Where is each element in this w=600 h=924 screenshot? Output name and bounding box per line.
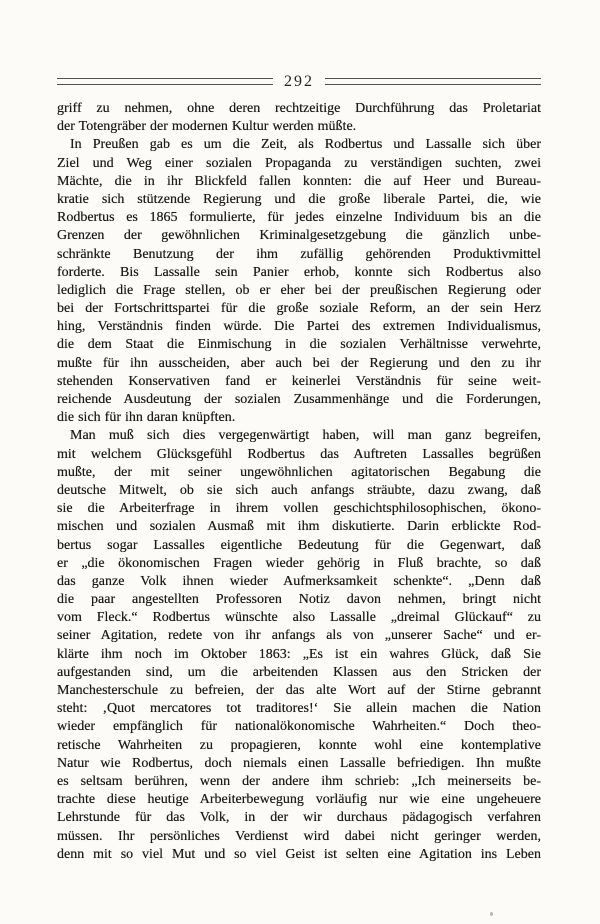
text-line: stehenden Konservativen fand er keinerle… xyxy=(57,373,541,391)
text-line: forderte. Bis Lassalle sein Panier erhob… xyxy=(57,264,541,282)
text-line: Lehrstunde für das Volk, in der wir durc… xyxy=(57,809,541,827)
text-line: Grenzen der gewöhnlichen Kriminalgesetzg… xyxy=(57,227,541,245)
text-line: aufgestanden sind, um die arbeitenden Kl… xyxy=(57,664,541,682)
text-line: griff zu nehmen, ohne deren rechtzeitige… xyxy=(57,100,541,118)
text-line: die paar angestellten Professoren Notiz … xyxy=(57,591,541,609)
text-line: schränkte Benutzung der ihm zufällig geh… xyxy=(57,246,541,264)
header-rule-left xyxy=(57,78,273,85)
text-line: denn mit so viel Mut und so viel Geist i… xyxy=(57,846,541,864)
text-line: mit welchem Glücksgefühl Rodbertus das A… xyxy=(57,446,541,464)
text-line: die dem Staat die Einmischung in die soz… xyxy=(57,336,541,354)
text-line: sie die Arbeiterfrage in ihrem vollen ge… xyxy=(57,500,541,518)
text-line: kratie sich stützende Regierung und die … xyxy=(57,191,541,209)
text-line: Ziel und Weg einer sozialen Propaganda z… xyxy=(57,155,541,173)
text-line: seiner Agitation, redete von ihr anfangs… xyxy=(57,627,541,645)
text-line: klärte ihm noch im Oktober 1863: „Es ist… xyxy=(57,646,541,664)
text-line: Natur wie Rodbertus, doch niemals einen … xyxy=(57,755,541,773)
text-line: es seltsam berühren, wenn der andere ihm… xyxy=(57,773,541,791)
text-line: In Preußen gab es um die Zeit, als Rodbe… xyxy=(57,136,541,154)
scan-speck xyxy=(490,912,493,916)
header-rule-right xyxy=(325,78,541,85)
text-line: trachte diese heutige Arbeiterbewegung v… xyxy=(57,791,541,809)
text-line: steht: ‚Quot mercatores tot traditores!‘… xyxy=(57,700,541,718)
text-line: mußte für ihn ausscheiden, aber auch bei… xyxy=(57,355,541,373)
text-line: retische Wahrheiten zu propagieren, konn… xyxy=(57,737,541,755)
text-line: mußte, der mit seiner ungewöhnlichen agi… xyxy=(57,464,541,482)
page-header: 292 xyxy=(57,70,541,92)
text-line: vom Fleck.“ Rodbertus wünschte also Lass… xyxy=(57,609,541,627)
text-line: reichende Ausdeutung der sozialen Zusamm… xyxy=(57,391,541,409)
text-line: der Totengräber der modernen Kultur werd… xyxy=(57,118,541,136)
text-line: das ganze Volk ihnen wieder Aufmerksamke… xyxy=(57,573,541,591)
text-line: Mächte, die in ihr Blickfeld fallen konn… xyxy=(57,173,541,191)
page-number: 292 xyxy=(273,72,325,92)
text-line: mischen und sozialen Ausmaß mit ihm disk… xyxy=(57,518,541,536)
text-line: er „die ökonomischen Fragen wieder gehör… xyxy=(57,555,541,573)
book-page: 292 griff zu nehmen, ohne deren rechtzei… xyxy=(0,0,600,924)
text-line: Man muß sich dies vergegenwärtigt haben,… xyxy=(57,427,541,445)
text-block: griff zu nehmen, ohne deren rechtzeitige… xyxy=(57,100,541,864)
text-line: bertus sogar Lassalles eigentliche Bedeu… xyxy=(57,537,541,555)
text-line: lediglich die Frage stellen, ob er eher … xyxy=(57,282,541,300)
text-line: Manchesterschule zu befreien, der das al… xyxy=(57,682,541,700)
text-line: müssen. Ihr persönliches Verdienst wird … xyxy=(57,828,541,846)
text-line: deutsche Mitwelt, ob sie sich auch anfan… xyxy=(57,482,541,500)
text-line: bei der Fortschrittspartei für die große… xyxy=(57,300,541,318)
text-line: wieder empfänglich für nationalökonomisc… xyxy=(57,718,541,736)
text-line: hing, Verständnis finden würde. Die Part… xyxy=(57,318,541,336)
text-line: die sich für ihn daran knüpften. xyxy=(57,409,541,427)
text-line: Rodbertus es 1865 formulierte, für jedes… xyxy=(57,209,541,227)
